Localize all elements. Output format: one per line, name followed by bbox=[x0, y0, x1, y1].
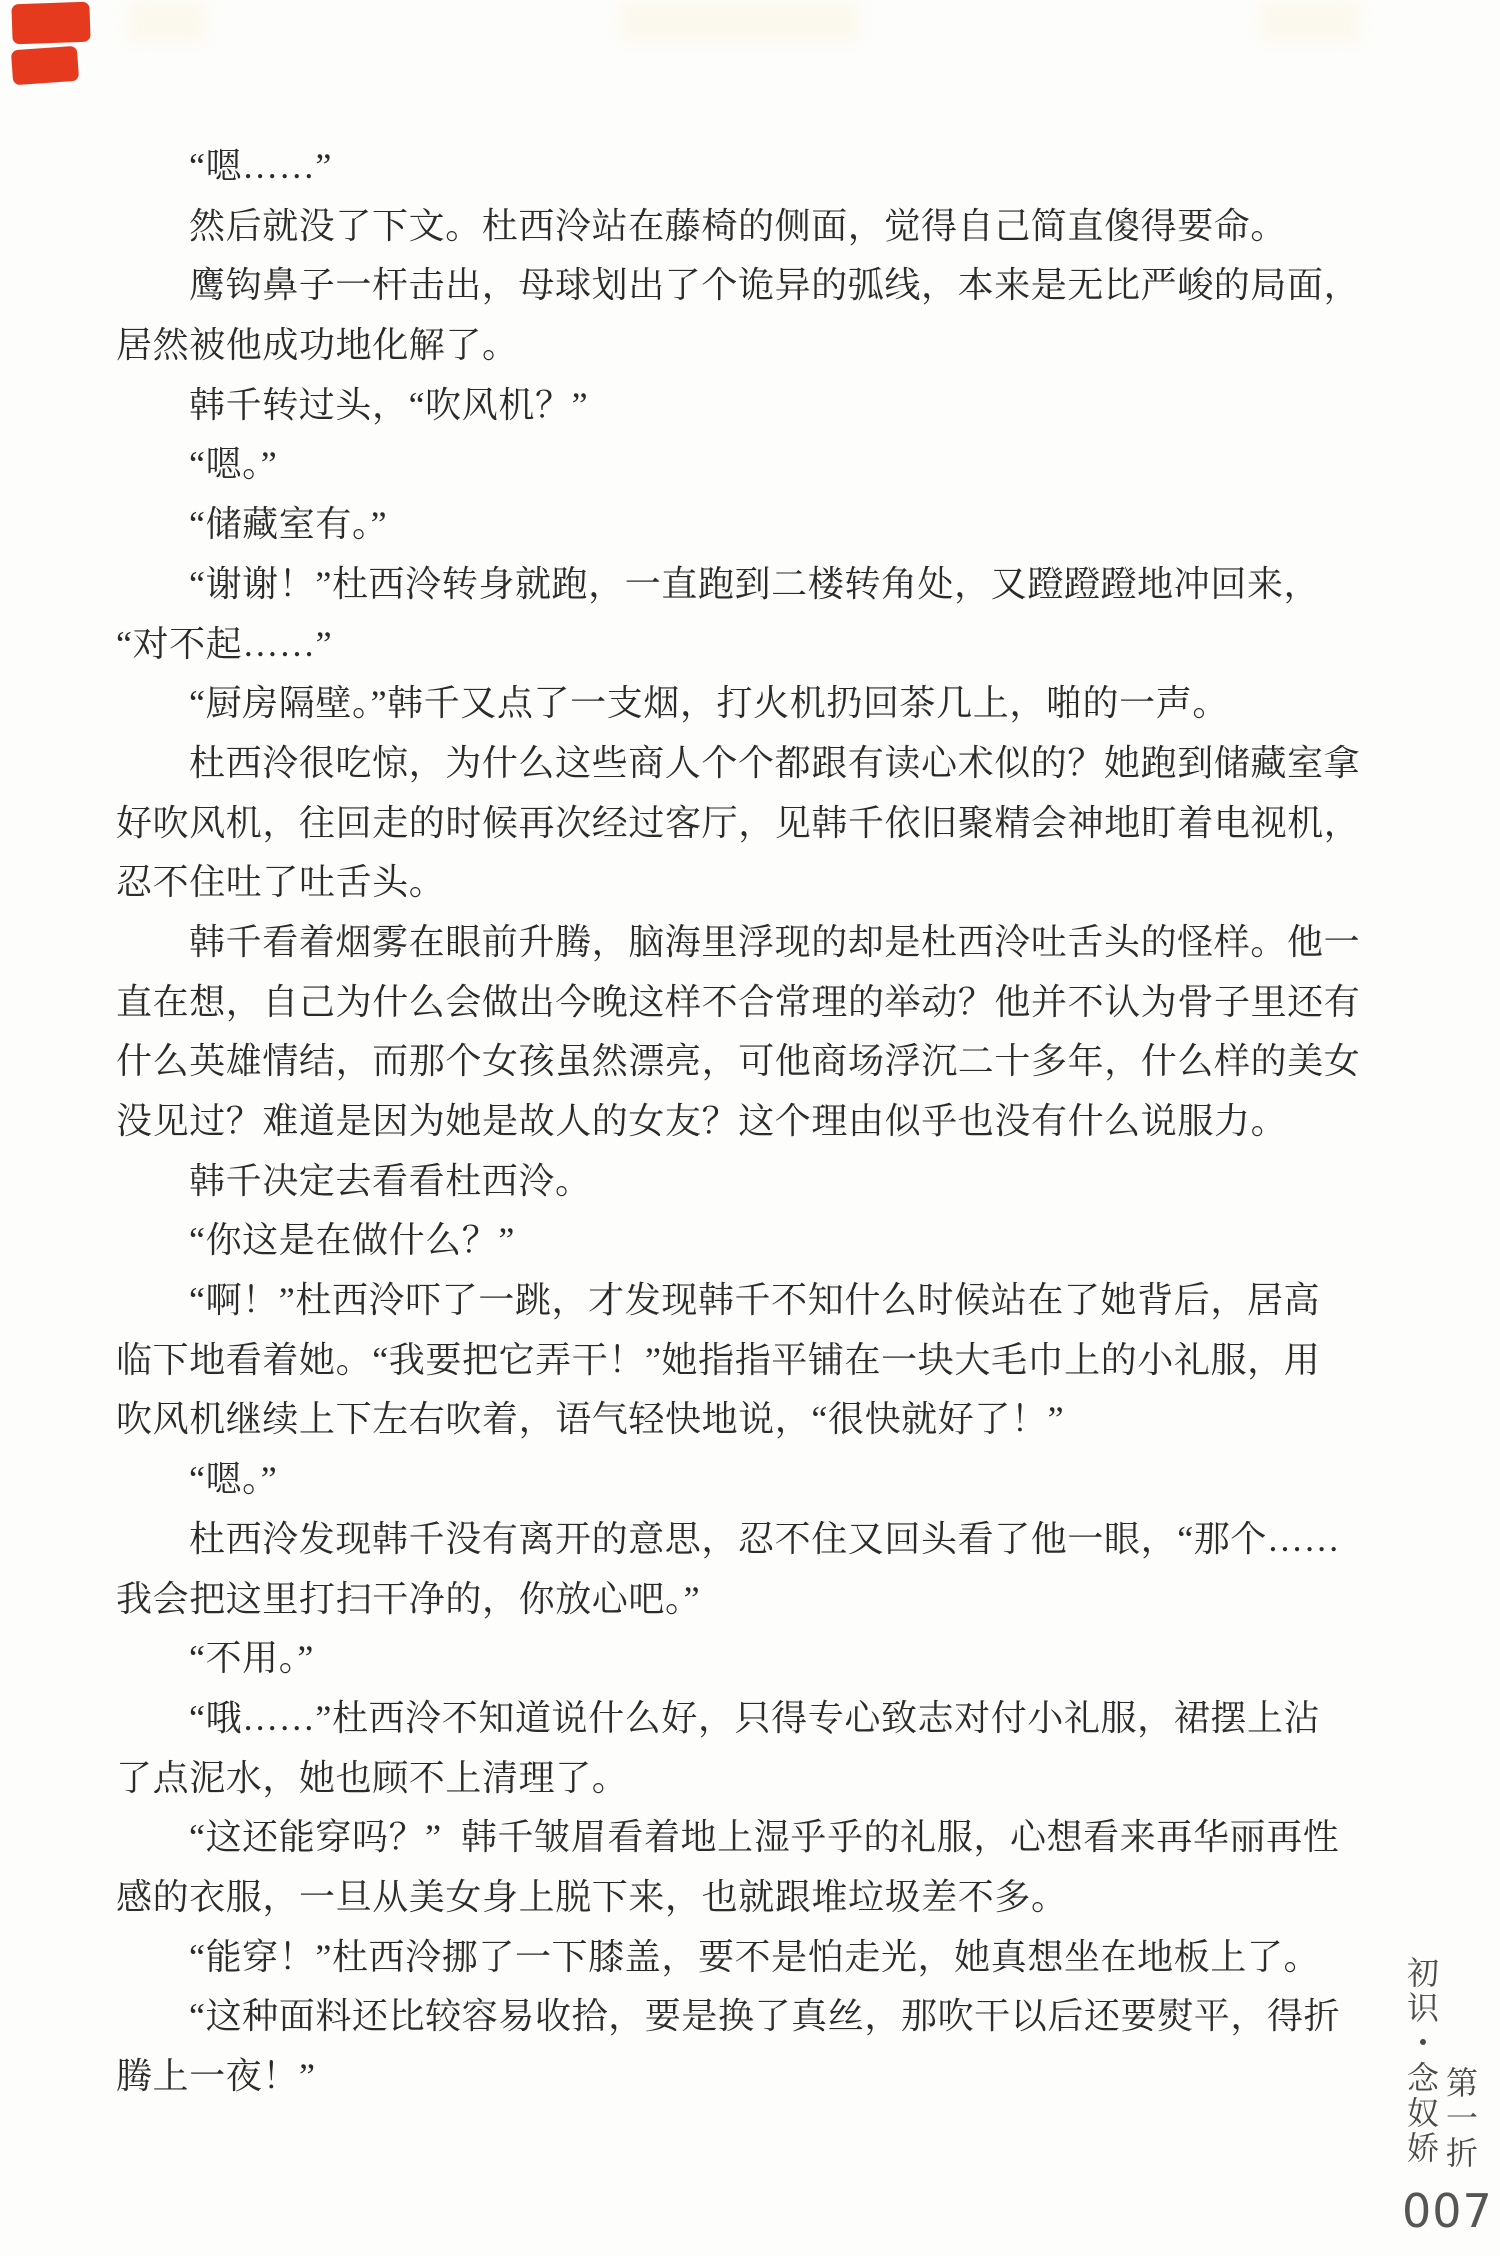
text-line: 鹰钩鼻子一杆击出，母球划出了个诡异的弧线，本来是无比严峻的局面， bbox=[116, 256, 1416, 316]
text-line: 感的衣服，一旦从美女身上脱下来，也就跟堆垃圾差不多。 bbox=[116, 1868, 1416, 1928]
text-line: “嗯……” bbox=[116, 137, 1416, 197]
text-line: “啊！”杜西泠吓了一跳，才发现韩千不知什么时候站在了她背后，居高 bbox=[116, 1271, 1416, 1331]
scan-tint bbox=[618, 0, 862, 44]
scan-tint bbox=[126, 0, 208, 44]
text-line: “这种面料还比较容易收拾，要是换了真丝，那吹干以后还要熨平，得折 bbox=[116, 1987, 1416, 2047]
text-line: 什么英雄情结，而那个女孩虽然漂亮，可他商场浮沉二十多年，什么样的美女 bbox=[116, 1032, 1416, 1092]
book-page: “嗯……”然后就没了下文。杜西泠站在藤椅的侧面，觉得自己简直傻得要命。鹰钩鼻子一… bbox=[0, 0, 1500, 2256]
text-line: 临下地看着她。“我要把它弄干！”她指指平铺在一块大毛巾上的小礼服，用 bbox=[116, 1331, 1416, 1391]
text-line: 我会把这里打扫干净的，你放心吧。” bbox=[116, 1570, 1416, 1630]
text-line: 好吹风机，往回走的时候再次经过客厅，见韩千依旧聚精会神地盯着电视机， bbox=[116, 794, 1416, 854]
text-line: 直在想，自己为什么会做出今晚这样不合常理的举动？他并不认为骨子里还有 bbox=[116, 973, 1416, 1033]
sidebar-act-label: 第一折 bbox=[1437, 2066, 1483, 2171]
scan-tint bbox=[1258, 0, 1362, 44]
text-line: “嗯。” bbox=[116, 1450, 1416, 1510]
text-line: “储藏室有。” bbox=[116, 495, 1416, 555]
text-line: 杜西泠很吃惊，为什么这些商人个个都跟有读心术似的？她跑到储藏室拿 bbox=[116, 734, 1416, 794]
text-line: “不用。” bbox=[116, 1629, 1416, 1689]
text-line: “哦……”杜西泠不知道说什么好，只得专心致志对付小礼服，裙摆上沾 bbox=[116, 1689, 1416, 1749]
text-line: “你这是在做什么？” bbox=[116, 1211, 1416, 1271]
red-stamp-mark bbox=[11, 46, 79, 86]
text-line: “对不起……” bbox=[116, 615, 1416, 675]
text-line: “嗯。” bbox=[116, 435, 1416, 495]
body-text: “嗯……”然后就没了下文。杜西泠站在藤椅的侧面，觉得自己简直傻得要命。鹰钩鼻子一… bbox=[116, 137, 1416, 2107]
red-stamp-mark bbox=[11, 2, 90, 45]
text-line: 杜西泠发现韩千没有离开的意思，忍不住又回头看了他一眼，“那个…… bbox=[116, 1510, 1416, 1570]
text-line: 没见过？难道是因为她是故人的女友？这个理由似乎也没有什么说服力。 bbox=[116, 1092, 1416, 1152]
text-line: 了点泥水，她也顾不上清理了。 bbox=[116, 1749, 1416, 1809]
text-line: 忍不住吐了吐舌头。 bbox=[116, 853, 1416, 913]
text-line: “谢谢！”杜西泠转身就跑，一直跑到二楼转角处，又蹬蹬蹬地冲回来， bbox=[116, 555, 1416, 615]
text-line: 韩千转过头，“吹风机？” bbox=[116, 376, 1416, 436]
text-line: 然后就没了下文。杜西泠站在藤椅的侧面，觉得自己简直傻得要命。 bbox=[116, 197, 1416, 257]
text-line: “能穿！”杜西泠挪了一下膝盖，要不是怕走光，她真想坐在地板上了。 bbox=[116, 1928, 1416, 1988]
text-line: 韩千看着烟雾在眼前升腾，脑海里浮现的却是杜西泠吐舌头的怪样。他一 bbox=[116, 913, 1416, 973]
text-line: 吹风机继续上下左右吹着，语气轻快地说，“很快就好了！” bbox=[116, 1390, 1416, 1450]
text-line: “这还能穿吗？” 韩千皱眉看着地上湿乎乎的礼服，心想看来再华丽再性 bbox=[116, 1808, 1416, 1868]
text-line: 韩千决定去看看杜西泠。 bbox=[116, 1152, 1416, 1212]
text-line: “厨房隔壁。”韩千又点了一支烟，打火机扔回茶几上，啪的一声。 bbox=[116, 674, 1416, 734]
text-line: 居然被他成功地化解了。 bbox=[116, 316, 1416, 376]
text-line: 腾上一夜！” bbox=[116, 2047, 1416, 2107]
page-number: 007 bbox=[1402, 2184, 1493, 2238]
